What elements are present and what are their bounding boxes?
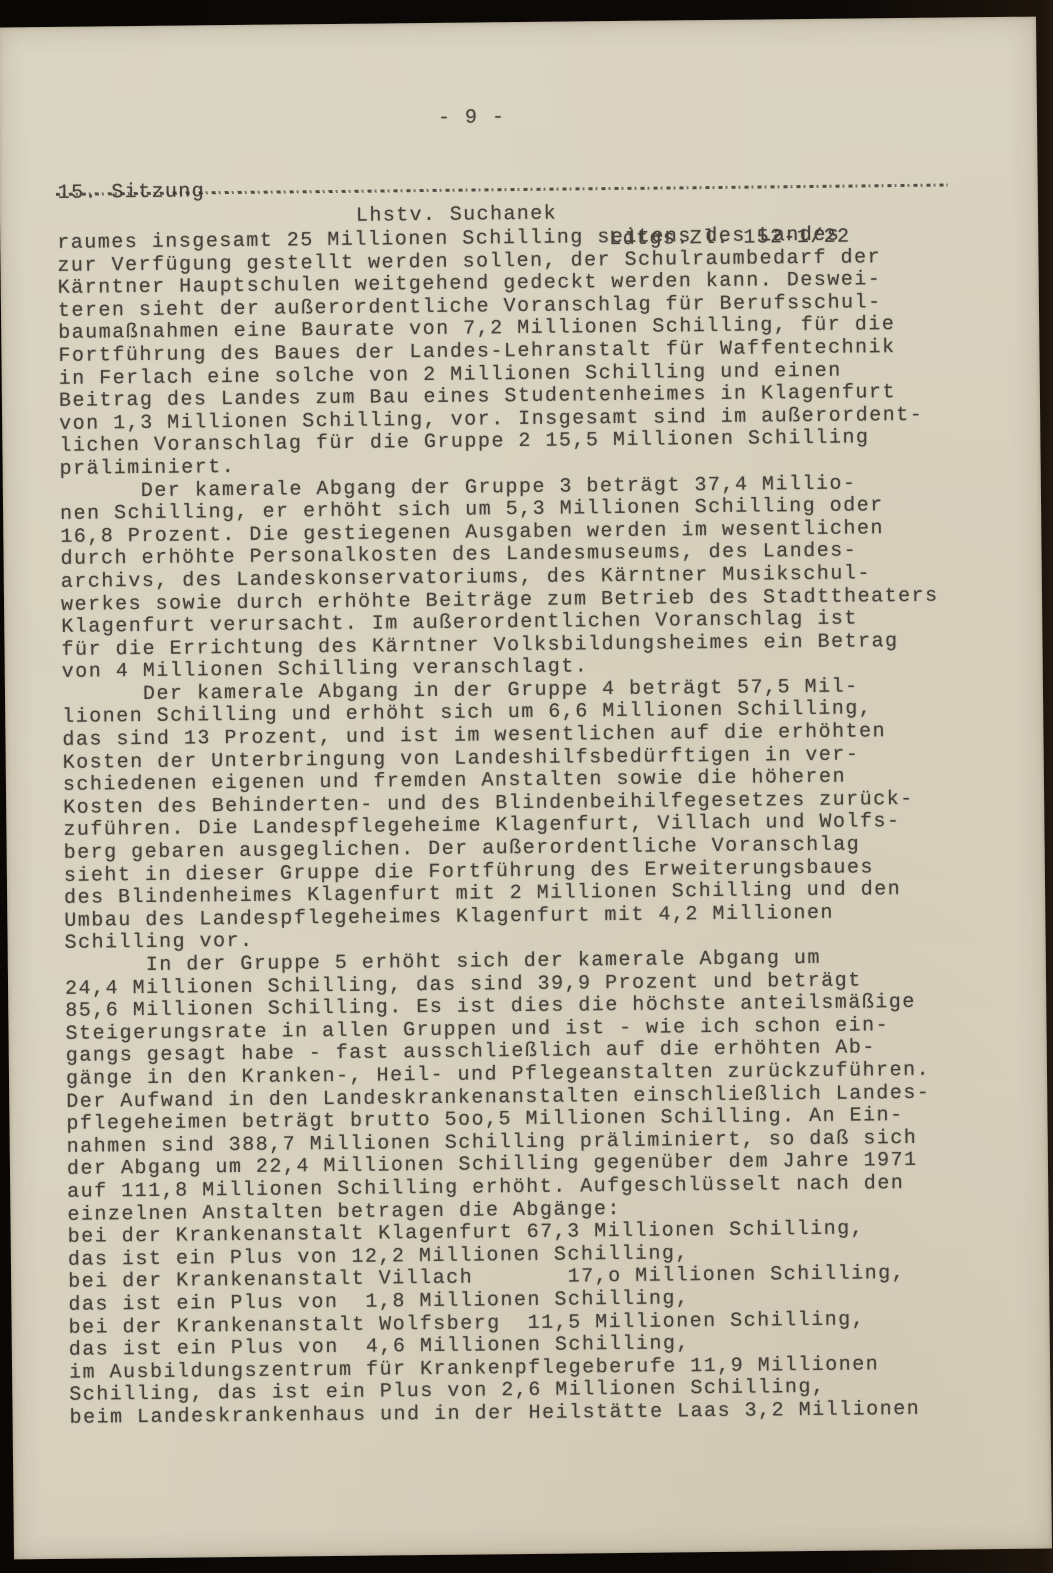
speech-body-text: raumes insgesamt 25 Millionen Schilling …: [57, 224, 947, 1431]
scanned-document: - 9 - 15. Sitzung Lhstv. Suchanek Ldtgs.…: [0, 0, 1053, 1573]
paper-sheet: - 9 - 15. Sitzung Lhstv. Suchanek Ldtgs.…: [0, 17, 1052, 1560]
page-number: - 9 -: [438, 106, 506, 131]
page-header: 15. Sitzung Lhstv. Suchanek Ldtgs.Zl. 15…: [0, 145, 1038, 182]
speaker-label: Lhstv. Suchanek: [356, 202, 557, 230]
